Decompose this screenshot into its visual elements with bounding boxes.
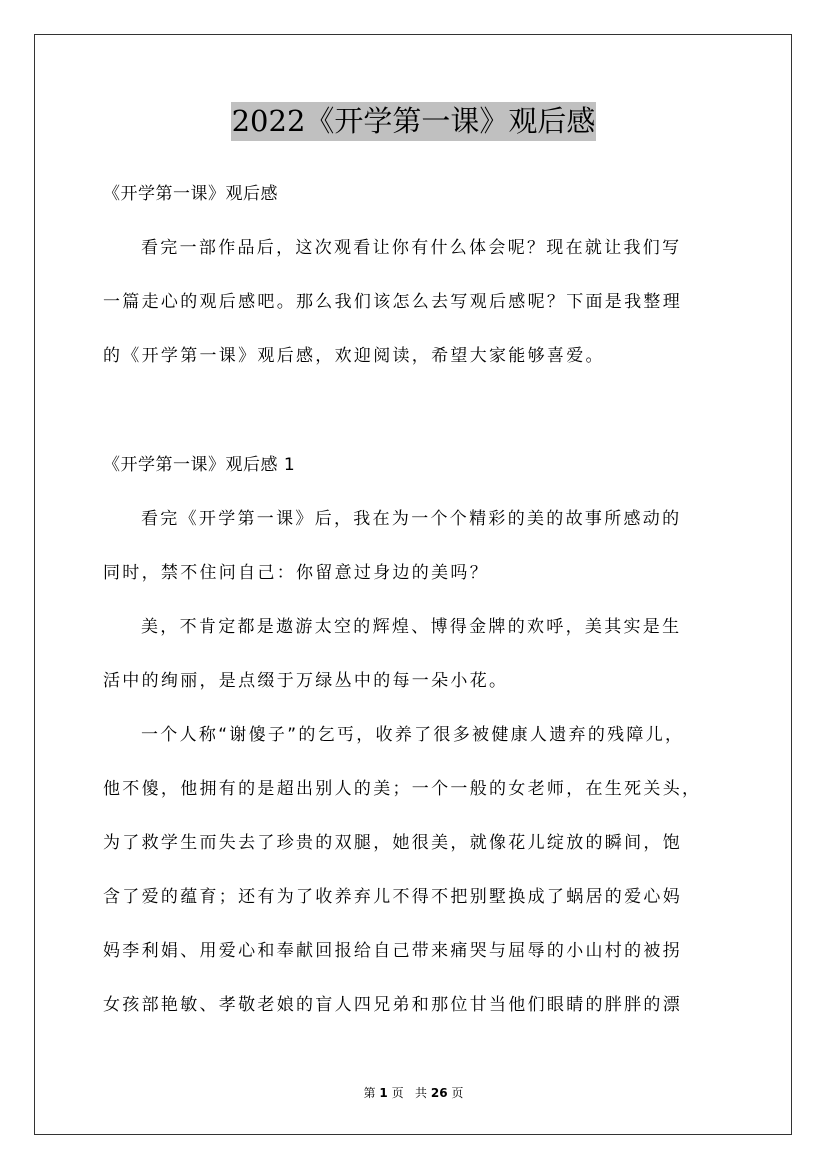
total-pages: 26: [431, 1086, 448, 1100]
document-title: 2022《开学第一课》观后感: [231, 102, 597, 141]
intro-line: 看完一部作品后，这次观看让你有什么体会呢？现在就让我们写: [141, 238, 681, 258]
paragraph-line: 为了救学生而失去了珍贵的双腿，她很美，就像花儿绽放的瞬间，饱: [103, 833, 682, 853]
paragraph-line: 妈李利娟、用爱心和奉献回报给自己带来痛哭与屈辱的小山村的被拐: [103, 941, 682, 961]
page-prefix: 第: [364, 1086, 376, 1100]
paragraph-line: 活中的绚丽，是点缀于万绿丛中的每一朵小花。: [103, 671, 508, 691]
page-suffix: 页: [392, 1086, 404, 1100]
paragraph-line: 女孩部艳敏、孝敬老娘的盲人四兄弟和那位甘当他们眼睛的胖胖的漂: [103, 995, 682, 1015]
paragraph-line: 同时，禁不住问自己：你留意过身边的美吗？: [103, 563, 489, 583]
paragraph-line: 含了爱的蕴育；还有为了收养弃儿不得不把别墅换成了蜗居的爱心妈: [103, 887, 682, 907]
total-suffix: 页: [451, 1086, 463, 1100]
paragraph-line: 一个人称“谢傻子”的乞丐，收养了很多被健康人遗弃的残障儿，: [141, 725, 684, 745]
page-footer: 第 1 页 共 26 页: [0, 1084, 827, 1101]
paragraph-line: 美，不肯定都是遨游太空的辉煌、博得金牌的欢呼，美其实是生: [141, 617, 681, 637]
section-heading: 《开学第一课》观后感 1: [103, 455, 295, 475]
current-page: 1: [379, 1086, 387, 1100]
paragraph-line: 他不傻，他拥有的是超出别人的美；一个一般的女老师，在生死关头，: [103, 779, 701, 799]
title-container: 2022《开学第一课》观后感: [0, 102, 827, 141]
intro-line: 的《开学第一课》观后感，欢迎阅读，希望大家能够喜爱。: [103, 346, 605, 366]
subtitle: 《开学第一课》观后感: [103, 184, 278, 204]
total-prefix: 共: [415, 1086, 427, 1100]
intro-line: 一篇走心的观后感吧。那么我们该怎么去写观后感呢？下面是我整理: [103, 292, 682, 312]
paragraph-line: 看完《开学第一课》后，我在为一个个精彩的美的故事所感动的: [141, 509, 681, 529]
